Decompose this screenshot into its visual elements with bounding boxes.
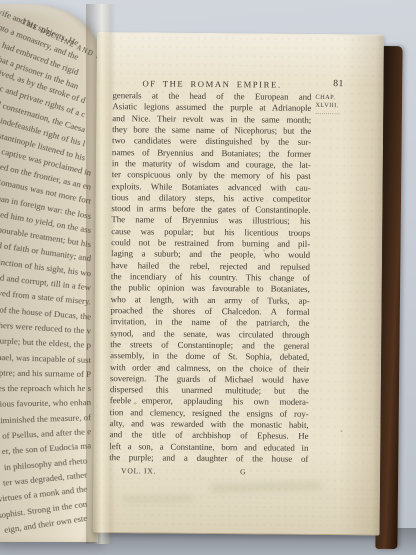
page-number: 81 (327, 78, 351, 89)
left-text-line: sceptre; and his surname of P (0, 365, 96, 381)
left-page: THE DECLINE AND FALL wife and his subjec… (0, 4, 98, 542)
body-text: generals at the head of the European and… (109, 90, 311, 465)
foxing-spot (160, 366, 162, 369)
foxing-spot (134, 402, 137, 404)
page-footer: VOL. IX. G (109, 466, 308, 480)
showthrough-smudge (123, 495, 193, 503)
margin-dotted-rule: ............ (315, 109, 353, 118)
left-page-text: wife and his subjects. Hest into a monas… (0, 38, 96, 524)
running-title: OF THE ROMAN EMPIRE. (113, 78, 312, 90)
body-text-line: the purple; and a daughter of the house … (109, 452, 308, 465)
foxing-spot (263, 249, 265, 251)
book-photo: THE DECLINE AND FALL wife and his subjec… (0, 0, 416, 555)
right-page: OF THE ROMAN EMPIRE. 81 CHAP. XLVIII. ..… (93, 32, 384, 535)
foxing-spot (341, 430, 343, 432)
chapter-label: CHAP. (315, 94, 353, 103)
chapter-margin-note: CHAP. XLVIII. ............ (315, 94, 353, 118)
signature-mark: G (240, 467, 246, 476)
left-text-line: tes the reproach which he s (0, 381, 96, 395)
volume-label: VOL. IX. (121, 466, 156, 475)
showthrough-smudge (211, 481, 321, 493)
